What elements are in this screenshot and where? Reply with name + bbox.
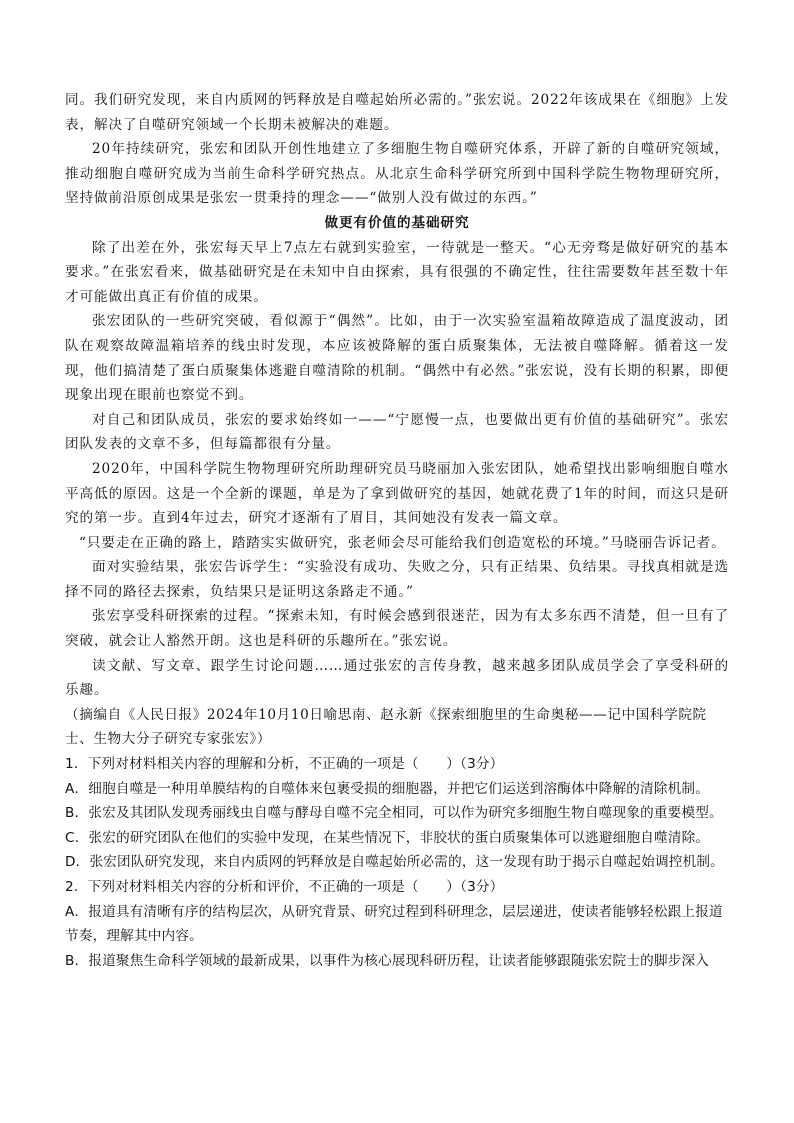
section-heading: 做更有价值的基础研究 xyxy=(65,211,729,236)
article-source: （摘编自《人民日报》2024年10月10日喻思南、赵永新《探索细胞里的生命奥秘—… xyxy=(65,703,729,752)
option-a: A．细胞自噬是一种用单膜结构的自噬体来包裹受损的细胞器，并把它们运送到溶酶体中降… xyxy=(65,777,729,802)
option-d: D．张宏团队研究发现，来自内质网的钙释放是自噬起始所必需的，这一发现有助于揭示自… xyxy=(65,850,729,875)
option-b: B．张宏及其团队发现秀丽线虫自噬与酵母自噬不完全相同，可以作为研究多细胞生物自噬… xyxy=(65,801,729,826)
option-c: C．张宏的研究团队在他们的实验中发现，在某些情况下，非胶状的蛋白质聚集体可以逃避… xyxy=(65,826,729,851)
article-paragraph: 读文献、写文章、跟学生讨论问题……通过张宏的言传身教，越来越多团队成员学会了享受… xyxy=(65,654,729,703)
article-paragraph: “只要走在正确的路上，踏踏实实做研究，张老师会尽可能给我们创造宽松的环境。”马晓… xyxy=(65,531,729,556)
question-stem: 1．下列对材料相关内容的理解和分析，不正确的一项是（ ）（3分） xyxy=(65,752,729,777)
option-b: B．报道聚焦生命科学领域的最新成果，以事件为核心展现科研历程，让读者能够跟随张宏… xyxy=(65,949,729,974)
question-stem: 2．下列对材料相关内容的分析和评价，不正确的一项是（ ）（3分） xyxy=(65,875,729,900)
option-a: A．报道具有清晰有序的结构层次，从研究背景、研究过程到科研理念，层层递进，使读者… xyxy=(65,900,729,949)
article-paragraph: 张宏团队的一些研究突破，看似源于“偶然”。比如，由于一次实验室温箱故障造成了温度… xyxy=(65,309,729,407)
question-1: 1．下列对材料相关内容的理解和分析，不正确的一项是（ ）（3分） A．细胞自噬是… xyxy=(65,752,729,875)
article-paragraph: 除了出差在外，张宏每天早上7点左右就到实验室，一待就是一整天。“心无旁骛是做好研… xyxy=(65,236,729,310)
question-2: 2．下列对材料相关内容的分析和评价，不正确的一项是（ ）（3分） A．报道具有清… xyxy=(65,875,729,973)
article-paragraph: 20年持续研究，张宏和团队开创性地建立了多细胞生物自噬研究体系，开辟了新的自噬研… xyxy=(65,137,729,211)
article-paragraph: 张宏享受科研探索的过程。“探索未知，有时候会感到很迷茫，因为有太多东西不清楚，但… xyxy=(65,604,729,653)
article-paragraph: 对自己和团队成员，张宏的要求始终如一——“宁愿慢一点，也要做出更有价值的基础研究… xyxy=(65,408,729,457)
article-paragraph: 面对实验结果，张宏告诉学生：“实验没有成功、失败之分，只有正结果、负结果。寻找真… xyxy=(65,555,729,604)
article-paragraph: 同。我们研究发现，来自内质网的钙释放是自噬起始所必需的。”张宏说。2022年该成… xyxy=(65,88,729,137)
article-paragraph: 2020年，中国科学院生物物理研究所助理研究员马晓丽加入张宏团队，她希望找出影响… xyxy=(65,457,729,531)
exam-page: 同。我们研究发现，来自内质网的钙释放是自噬起始所必需的。”张宏说。2022年该成… xyxy=(65,88,729,973)
